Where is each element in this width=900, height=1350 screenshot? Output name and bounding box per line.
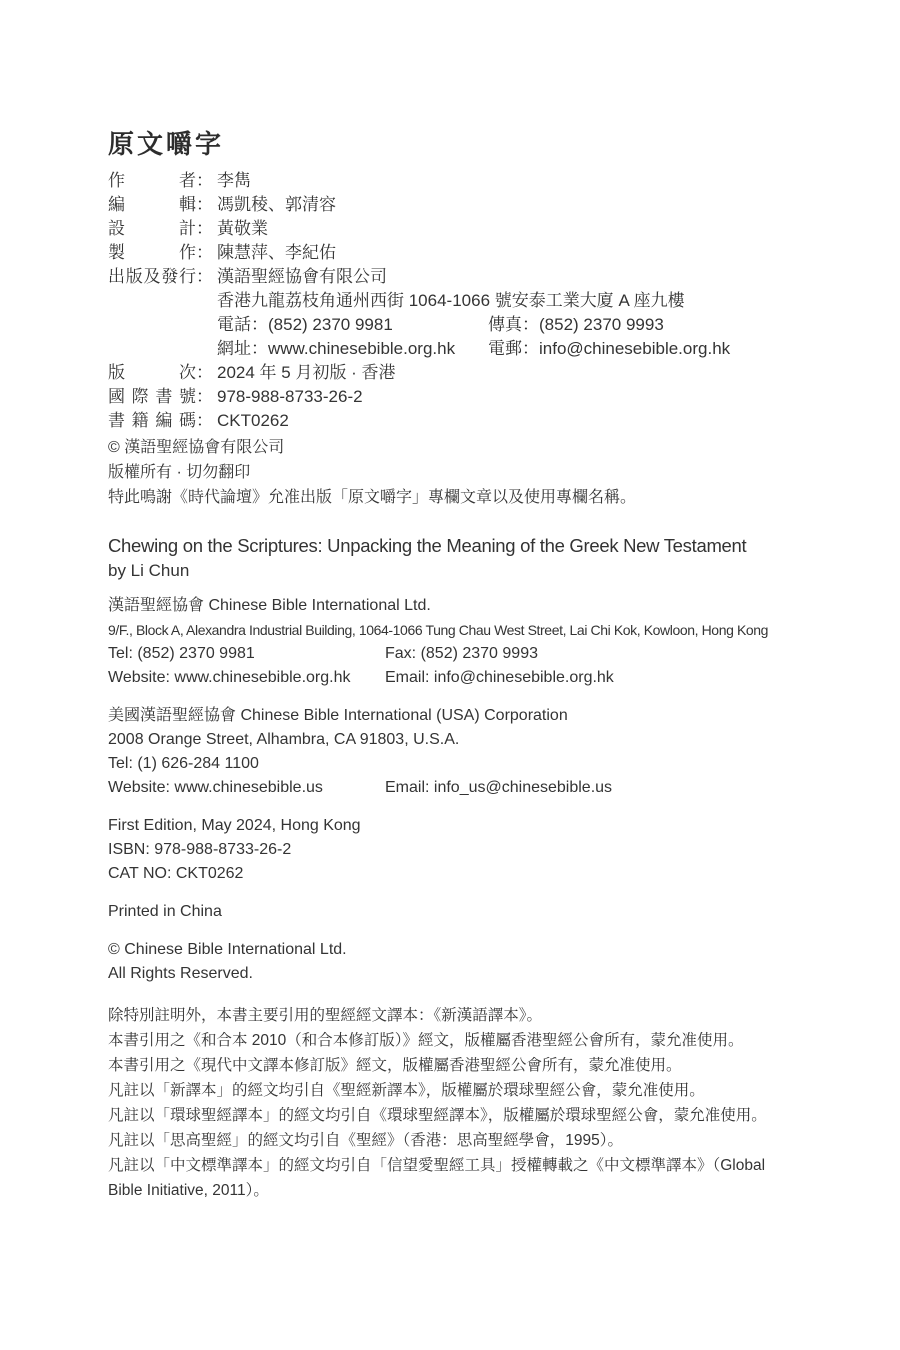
credits-block: 作者：李雋 編輯：馮凱稜、郭清容 設計：黃敬業 製作：陳慧萍、李紀佑 出版及發行… — [108, 169, 760, 433]
credit-row-designer: 設計：黃敬業 — [108, 217, 760, 241]
hk-website: Website: www.chinesebible.org.hk — [108, 666, 385, 690]
english-copyright-block: © Chinese Bible International Ltd. All R… — [108, 938, 760, 986]
publisher-fax: 傳真：(852) 2370 9993 — [488, 315, 664, 334]
colon-separator: ： — [196, 409, 217, 433]
hk-fax: Fax: (852) 2370 9993 — [385, 645, 538, 662]
credit-label: 書籍編碼 — [108, 409, 196, 433]
credit-value: 978-988-8733-26-2 — [217, 385, 363, 409]
note-line: 本書引用之《現代中文譯本修訂版》經文，版權屬香港聖經公會所有，蒙允准使用。 — [108, 1053, 768, 1078]
colon-separator: ： — [196, 241, 217, 265]
hk-web-email-row: Website: www.chinesebible.org.hkEmail: i… — [108, 666, 760, 690]
acknowledgement-zh: 特此鳴謝《時代論壇》允准出版「原文嚼字」專欄文章以及使用專欄名稱。 — [108, 485, 760, 510]
credit-label: 國際書號 — [108, 385, 196, 409]
publisher-website: 網址：www.chinesebible.org.hk — [217, 337, 488, 361]
credit-row-isbn: 國際書號：978-988-8733-26-2 — [108, 385, 760, 409]
credit-value: 陳慧萍、李紀佑 — [217, 241, 336, 265]
credit-row-production: 製作：陳慧萍、李紀佑 — [108, 241, 760, 265]
printed-in-line: Printed in China — [108, 900, 760, 924]
copyright-page: 原文嚼字 作者：李雋 編輯：馮凱稜、郭清容 設計：黃敬業 製作：陳慧萍、李紀佑 … — [0, 0, 900, 1350]
credit-row-catalog: 書籍編碼：CKT0262 — [108, 409, 760, 433]
hk-office-block: 漢語聖經協會 Chinese Bible International Ltd. … — [108, 594, 760, 690]
us-tel: Tel: (1) 626-284 1100 — [108, 752, 760, 776]
publisher-phone-fax-row: 電話：(852) 2370 9981傳真：(852) 2370 9993 — [217, 313, 760, 337]
rights-reserved-en: All Rights Reserved. — [108, 962, 760, 986]
hk-tel-fax-row: Tel: (852) 2370 9981Fax: (852) 2370 9993 — [108, 642, 760, 666]
us-office-block: 美國漢語聖經協會 Chinese Bible International (US… — [108, 704, 760, 800]
chinese-copyright-block: © 漢語聖經協會有限公司 版權所有 · 切勿翻印 特此鳴謝《時代論壇》允准出版「… — [108, 435, 760, 510]
edition-line: First Edition, May 2024, Hong Kong — [108, 814, 760, 838]
colon-separator: ： — [196, 169, 217, 193]
credit-row-editor: 編輯：馮凱稜、郭清容 — [108, 193, 760, 217]
us-website: Website: www.chinesebible.us — [108, 776, 385, 800]
publisher-address: 香港九龍荔枝角通州西街 1064-1066 號安泰工業大廈 A 座九樓 — [217, 289, 760, 313]
colon-separator: ： — [196, 361, 217, 385]
credit-value: 李雋 — [217, 169, 251, 193]
english-book-title: Chewing on the Scriptures: Unpacking the… — [108, 533, 760, 559]
credit-row-edition: 版次：2024 年 5 月初版 · 香港 — [108, 361, 760, 385]
hk-office-name: 漢語聖經協會 Chinese Bible International Ltd. — [108, 594, 760, 618]
page-title: 原文嚼字 — [108, 128, 760, 160]
credit-label: 出版及發行 — [108, 265, 196, 289]
hk-office-address: 9/F., Block A, Alexandra Industrial Buil… — [108, 618, 760, 642]
isbn-line: ISBN: 978-988-8733-26-2 — [108, 838, 760, 862]
colon-separator: ： — [196, 385, 217, 409]
credit-label: 編輯 — [108, 193, 196, 217]
us-web-email-row: Website: www.chinesebible.usEmail: info_… — [108, 776, 760, 800]
copyright-holder-zh: © 漢語聖經協會有限公司 — [108, 435, 760, 460]
hk-email: Email: info@chinesebible.org.hk — [385, 669, 614, 686]
hk-tel: Tel: (852) 2370 9981 — [108, 642, 385, 666]
note-line: 本書引用之《和合本 2010（和合本修訂版）》經文，版權屬香港聖經公會所有，蒙允… — [108, 1028, 768, 1053]
credit-label: 作者 — [108, 169, 196, 193]
edition-block: First Edition, May 2024, Hong Kong ISBN:… — [108, 814, 760, 886]
scripture-source-notes: 除特別註明外，本書主要引用的聖經經文譯本：《新漢語譯本》。 本書引用之《和合本 … — [108, 1003, 768, 1203]
note-line: 凡註以「中文標準譯本」的經文均引自「信望愛聖經工具」授權轉載之《中文標準譯本》（… — [108, 1153, 768, 1203]
colon-separator: ： — [196, 265, 217, 289]
catalog-line: CAT NO: CKT0262 — [108, 862, 760, 886]
note-line: 凡註以「環球聖經譯本」的經文均引自《環球聖經譯本》，版權屬於環球聖經公會，蒙允准… — [108, 1103, 768, 1128]
publisher-email: 電郵：info@chinesebible.org.hk — [488, 339, 730, 358]
us-office-name: 美國漢語聖經協會 Chinese Bible International (US… — [108, 704, 760, 728]
publisher-web-email-row: 網址：www.chinesebible.org.hk電郵：info@chines… — [217, 337, 760, 361]
note-line: 除特別註明外，本書主要引用的聖經經文譯本：《新漢語譯本》。 — [108, 1003, 768, 1028]
rights-reserved-zh: 版權所有 · 切勿翻印 — [108, 460, 760, 485]
english-title-block: Chewing on the Scriptures: Unpacking the… — [108, 533, 760, 583]
credit-value: 漢語聖經協會有限公司 — [217, 265, 387, 289]
credit-value: 2024 年 5 月初版 · 香港 — [217, 361, 396, 385]
english-byline: by Li Chun — [108, 559, 760, 583]
colon-separator: ： — [196, 193, 217, 217]
us-email: Email: info_us@chinesebible.us — [385, 779, 612, 796]
credit-row-author: 作者：李雋 — [108, 169, 760, 193]
note-line: 凡註以「新譯本」的經文均引自《聖經新譯本》，版權屬於環球聖經公會，蒙允准使用。 — [108, 1078, 768, 1103]
credit-value: 馮凱稜、郭清容 — [217, 193, 336, 217]
credit-value: CKT0262 — [217, 409, 289, 433]
credit-label: 設計 — [108, 217, 196, 241]
colon-separator: ： — [196, 217, 217, 241]
us-office-address: 2008 Orange Street, Alhambra, CA 91803, … — [108, 728, 760, 752]
credit-label: 版次 — [108, 361, 196, 385]
credit-value: 黃敬業 — [217, 217, 268, 241]
note-line: 凡註以「思高聖經」的經文均引自《聖經》（香港：思高聖經學會，1995）。 — [108, 1128, 768, 1153]
credit-row-publisher: 出版及發行：漢語聖經協會有限公司 — [108, 265, 760, 289]
credit-label: 製作 — [108, 241, 196, 265]
copyright-holder-en: © Chinese Bible International Ltd. — [108, 938, 760, 962]
publisher-phone: 電話：(852) 2370 9981 — [217, 313, 488, 337]
